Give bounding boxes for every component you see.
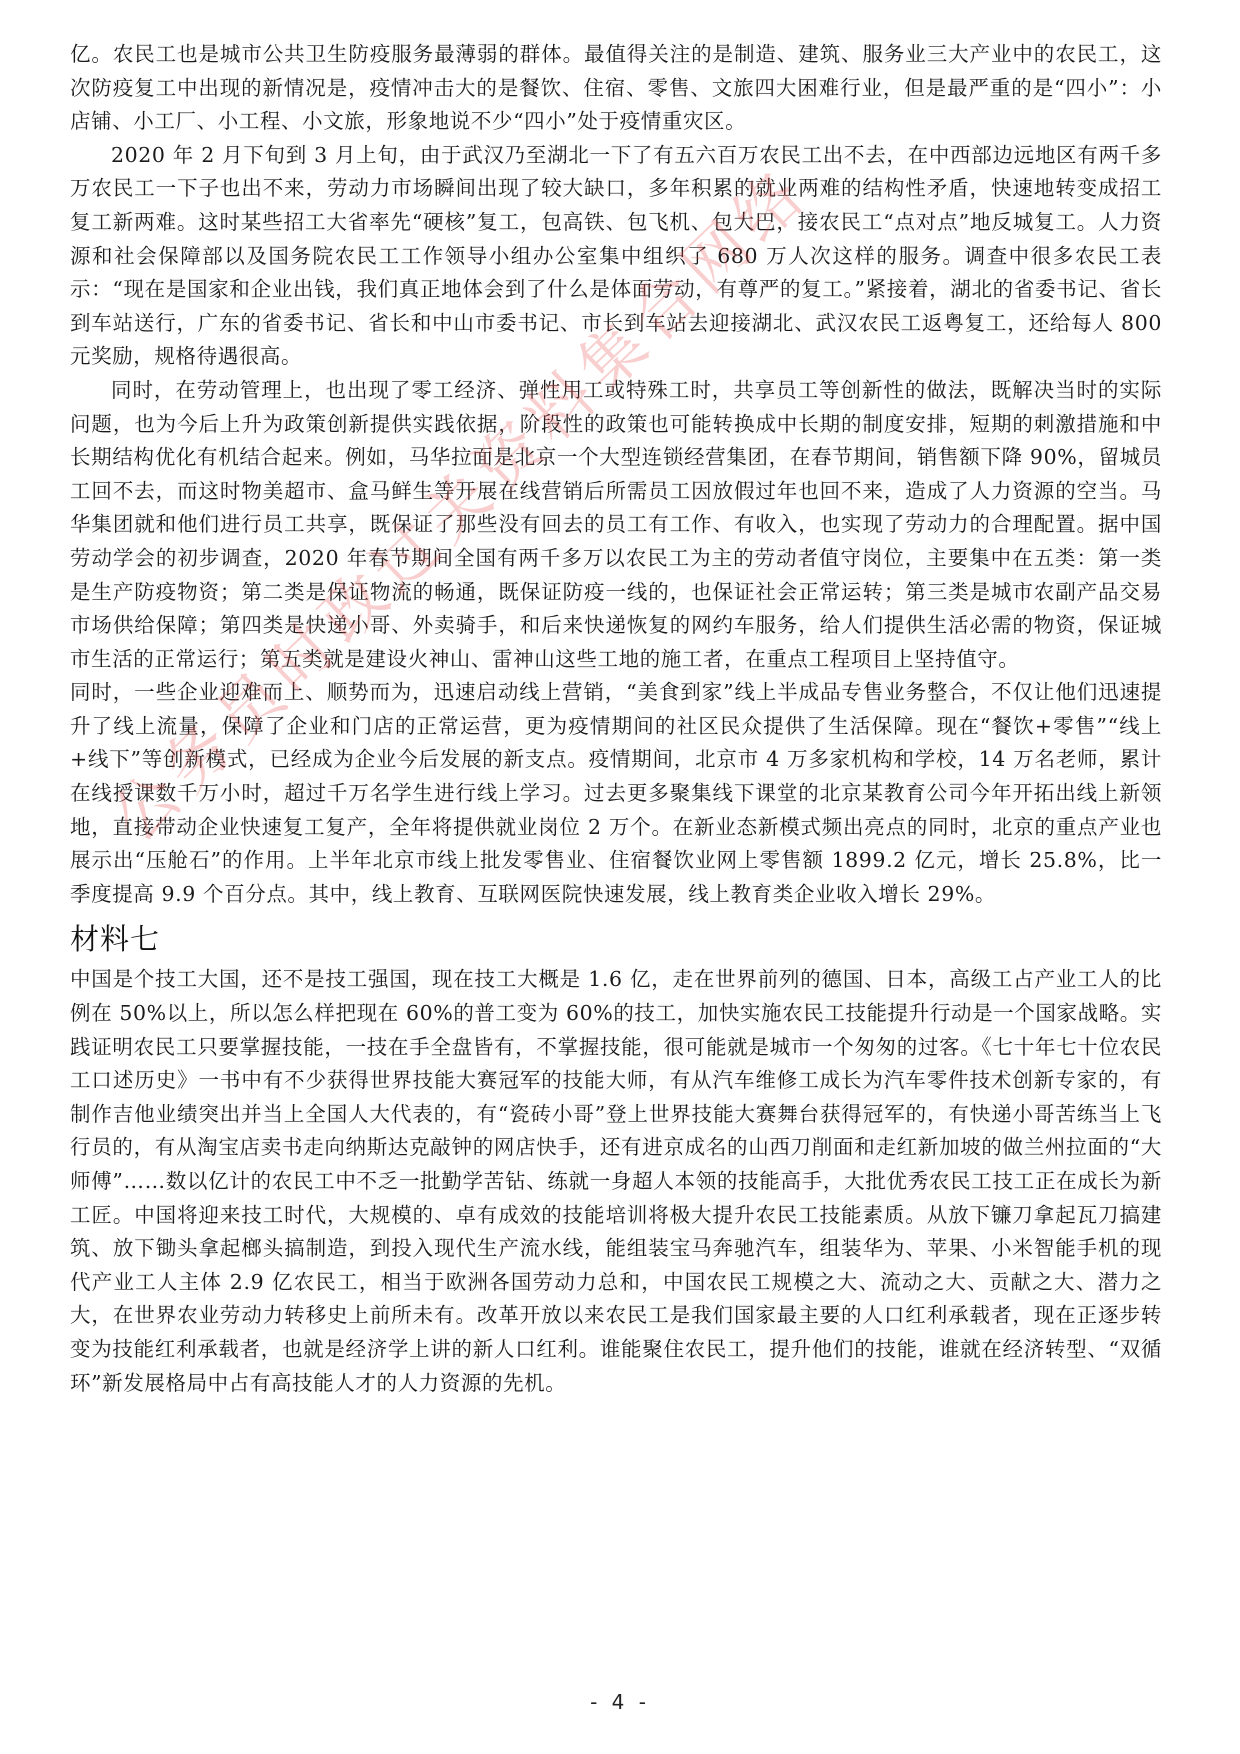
paragraph: 亿。农民工也是城市公共卫生防疫服务最薄弱的群体。最值得关注的是制造、建筑、服务业…: [70, 38, 1162, 139]
section-heading: 材料七: [70, 917, 1162, 961]
page-number: - 4 -: [0, 1690, 1240, 1714]
paragraph: 2020 年 2 月下旬到 3 月上旬，由于武汉乃至湖北一下了有五六百万农民工出…: [70, 139, 1162, 374]
paragraph: 同时，在劳动管理上，也出现了零工经济、弹性用工或特殊工时，共享员工等创新性的做法…: [70, 374, 1162, 676]
paragraph: 中国是个技工大国，还不是技工强国，现在技工大概是 1.6 亿，走在世界前列的德国…: [70, 963, 1162, 1400]
paragraph: 同时，一些企业迎难而上、顺势而为，迅速启动线上营销，“美食到家”线上半成品专售业…: [70, 676, 1162, 911]
document-page: 亿。农民工也是城市公共卫生防疫服务最薄弱的群体。最值得关注的是制造、建筑、服务业…: [70, 38, 1162, 1400]
